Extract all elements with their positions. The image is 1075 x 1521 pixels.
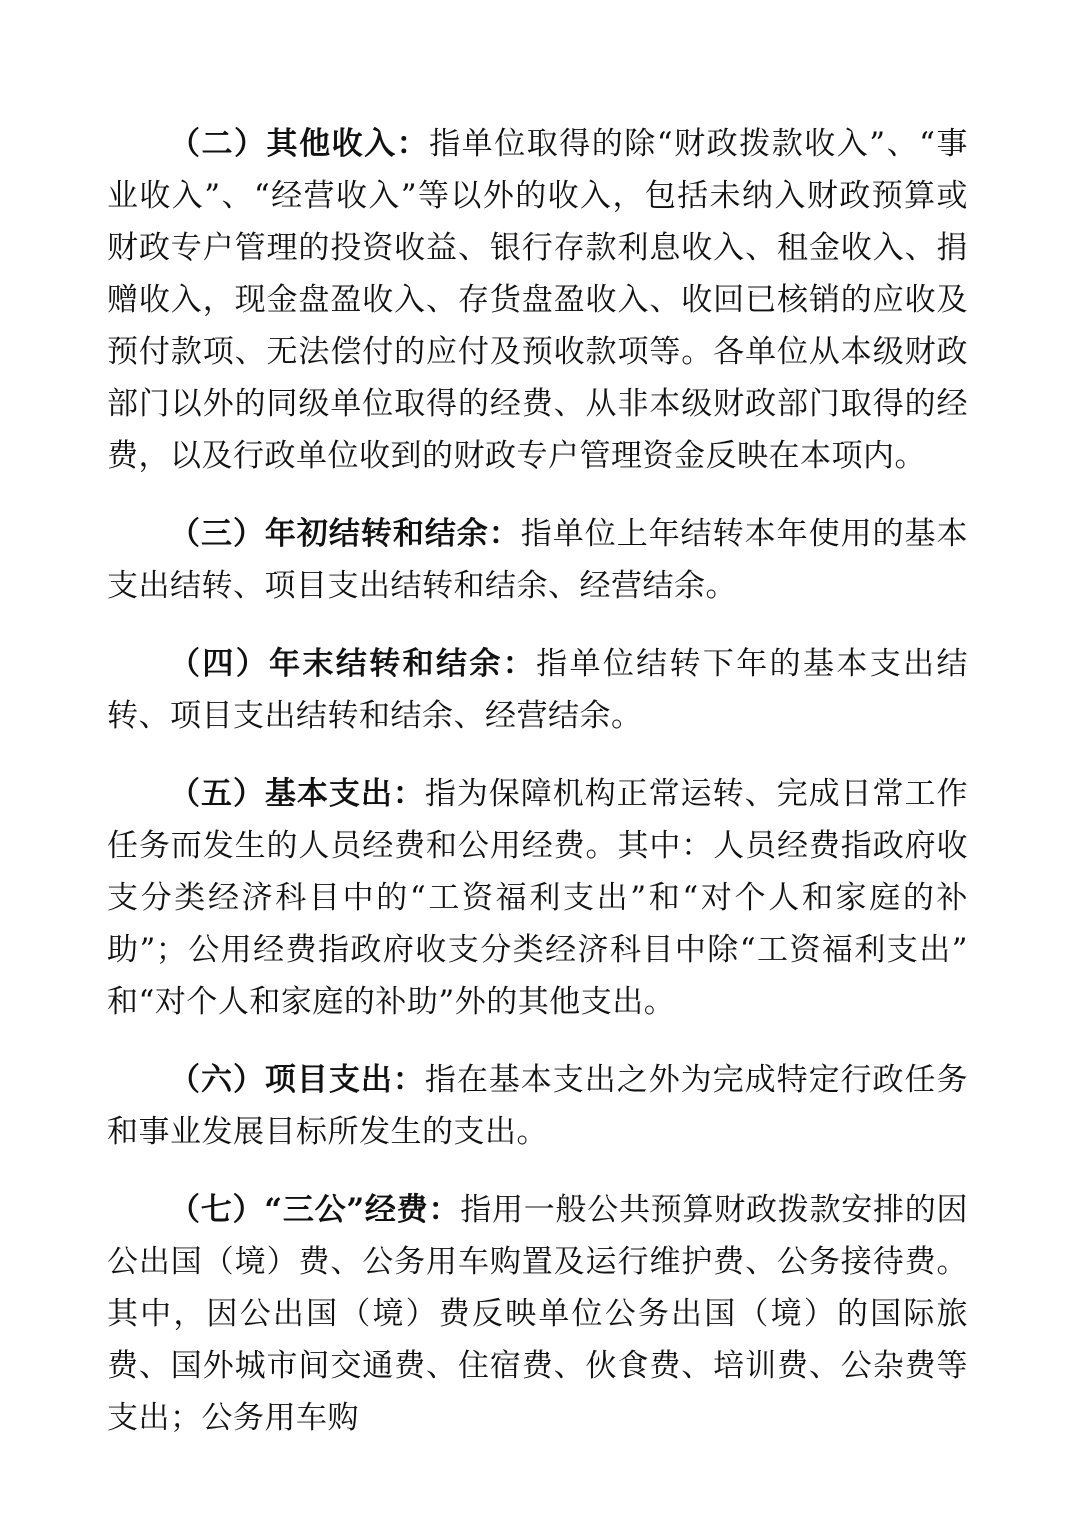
paragraph-other-income: （二）其他收入：指单位取得的除“财政拨款收入”、“事业收入”、“经营收入”等以外… — [107, 118, 968, 482]
paragraph-lead: （四）年末结转和结余： — [169, 646, 536, 682]
paragraph-lead: （三）年初结转和结余： — [169, 516, 521, 552]
paragraph-body: 指为保障机构正常运转、完成日常工作任务而发生的人员经费和公用经费。其中：人员经费… — [107, 776, 968, 1020]
paragraph-lead: （二）其他收入： — [169, 126, 429, 162]
paragraph-lead: （五）基本支出： — [169, 776, 425, 812]
paragraph-lead: （六）项目支出： — [169, 1062, 425, 1098]
paragraph-year-end-carryover: （四）年末结转和结余：指单位结转下年的基本支出结转、项目支出结转和结余、经营结余… — [107, 638, 968, 742]
paragraph-lead: （七）“三公”经费： — [169, 1192, 460, 1228]
paragraph-basic-expenditure: （五）基本支出：指为保障机构正常运转、完成日常工作任务而发生的人员经费和公用经费… — [107, 768, 968, 1028]
document-page: （二）其他收入：指单位取得的除“财政拨款收入”、“事业收入”、“经营收入”等以外… — [0, 0, 1075, 1521]
paragraph-project-expenditure: （六）项目支出：指在基本支出之外为完成特定行政任务和事业发展目标所发生的支出。 — [107, 1054, 968, 1158]
paragraph-beginning-year-carryover: （三）年初结转和结余：指单位上年结转本年使用的基本支出结转、项目支出结转和结余、… — [107, 508, 968, 612]
paragraph-body: 指单位取得的除“财政拨款收入”、“事业收入”、“经营收入”等以外的收入，包括未纳… — [107, 126, 968, 474]
paragraph-body: 指用一般公共预算财政拨款安排的因公出国（境）费、公务用车购置及运行维护费、公务接… — [107, 1192, 968, 1436]
paragraph-three-public-funds: （七）“三公”经费：指用一般公共预算财政拨款安排的因公出国（境）费、公务用车购置… — [107, 1184, 968, 1444]
